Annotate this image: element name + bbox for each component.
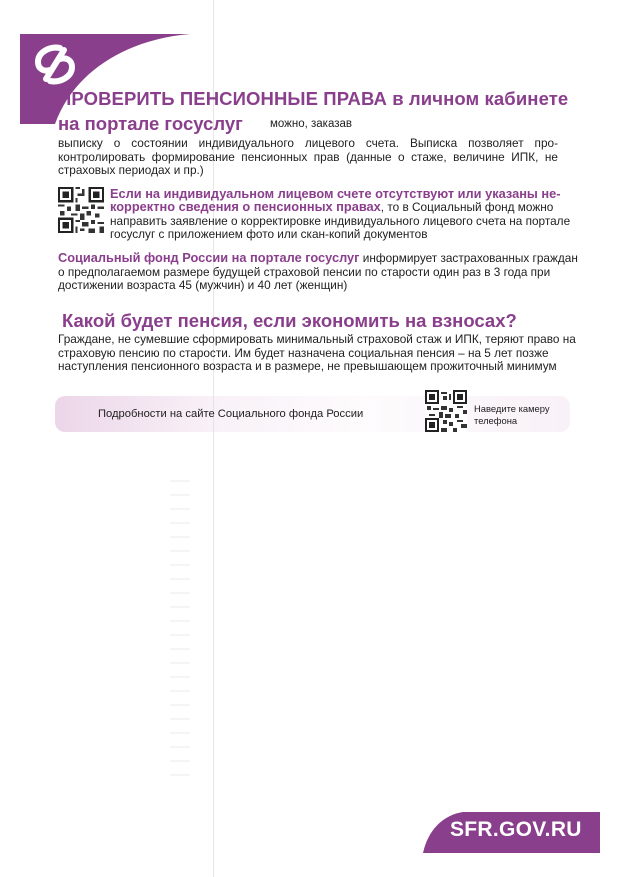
qr-code-icon[interactable] (425, 390, 467, 432)
social-pension-paragraph: Граждане, не сумевшие сформировать миним… (58, 333, 578, 374)
incorrect-data-paragraph: корректно сведения о пенсионных правах, … (110, 200, 590, 242)
qr-code-icon[interactable] (58, 187, 104, 233)
scan-artifact-dots (170, 480, 190, 780)
incorrect-data-heading-cont: корректно сведения о пенсионных правах (110, 199, 381, 214)
title-tail-text: можно, заказав (270, 118, 352, 130)
main-title-line1: ПРОВЕРИТЬ ПЕНСИОННЫЕ ПРАВА в личном каби… (58, 88, 568, 110)
pension-forecast-paragraph: Социальный фонд России на портале госусл… (58, 251, 578, 293)
camera-hint-text: Наведите камеру телефона (474, 403, 554, 426)
main-title-line2: на портале госуслуг (58, 113, 243, 135)
statement-paragraph: выписку о состоянии индивидуального лице… (58, 137, 558, 178)
pension-forecast-bold: Социальный фонд России на портале госусл… (58, 250, 360, 265)
sfr-logo-icon (30, 42, 80, 87)
details-banner-text: Подробности на сайте Социального фонда Р… (98, 408, 363, 420)
footer-website-link[interactable]: SFR.GOV.RU (450, 818, 582, 842)
contributions-heading: Какой будет пенсия, если экономить на вз… (62, 310, 517, 332)
